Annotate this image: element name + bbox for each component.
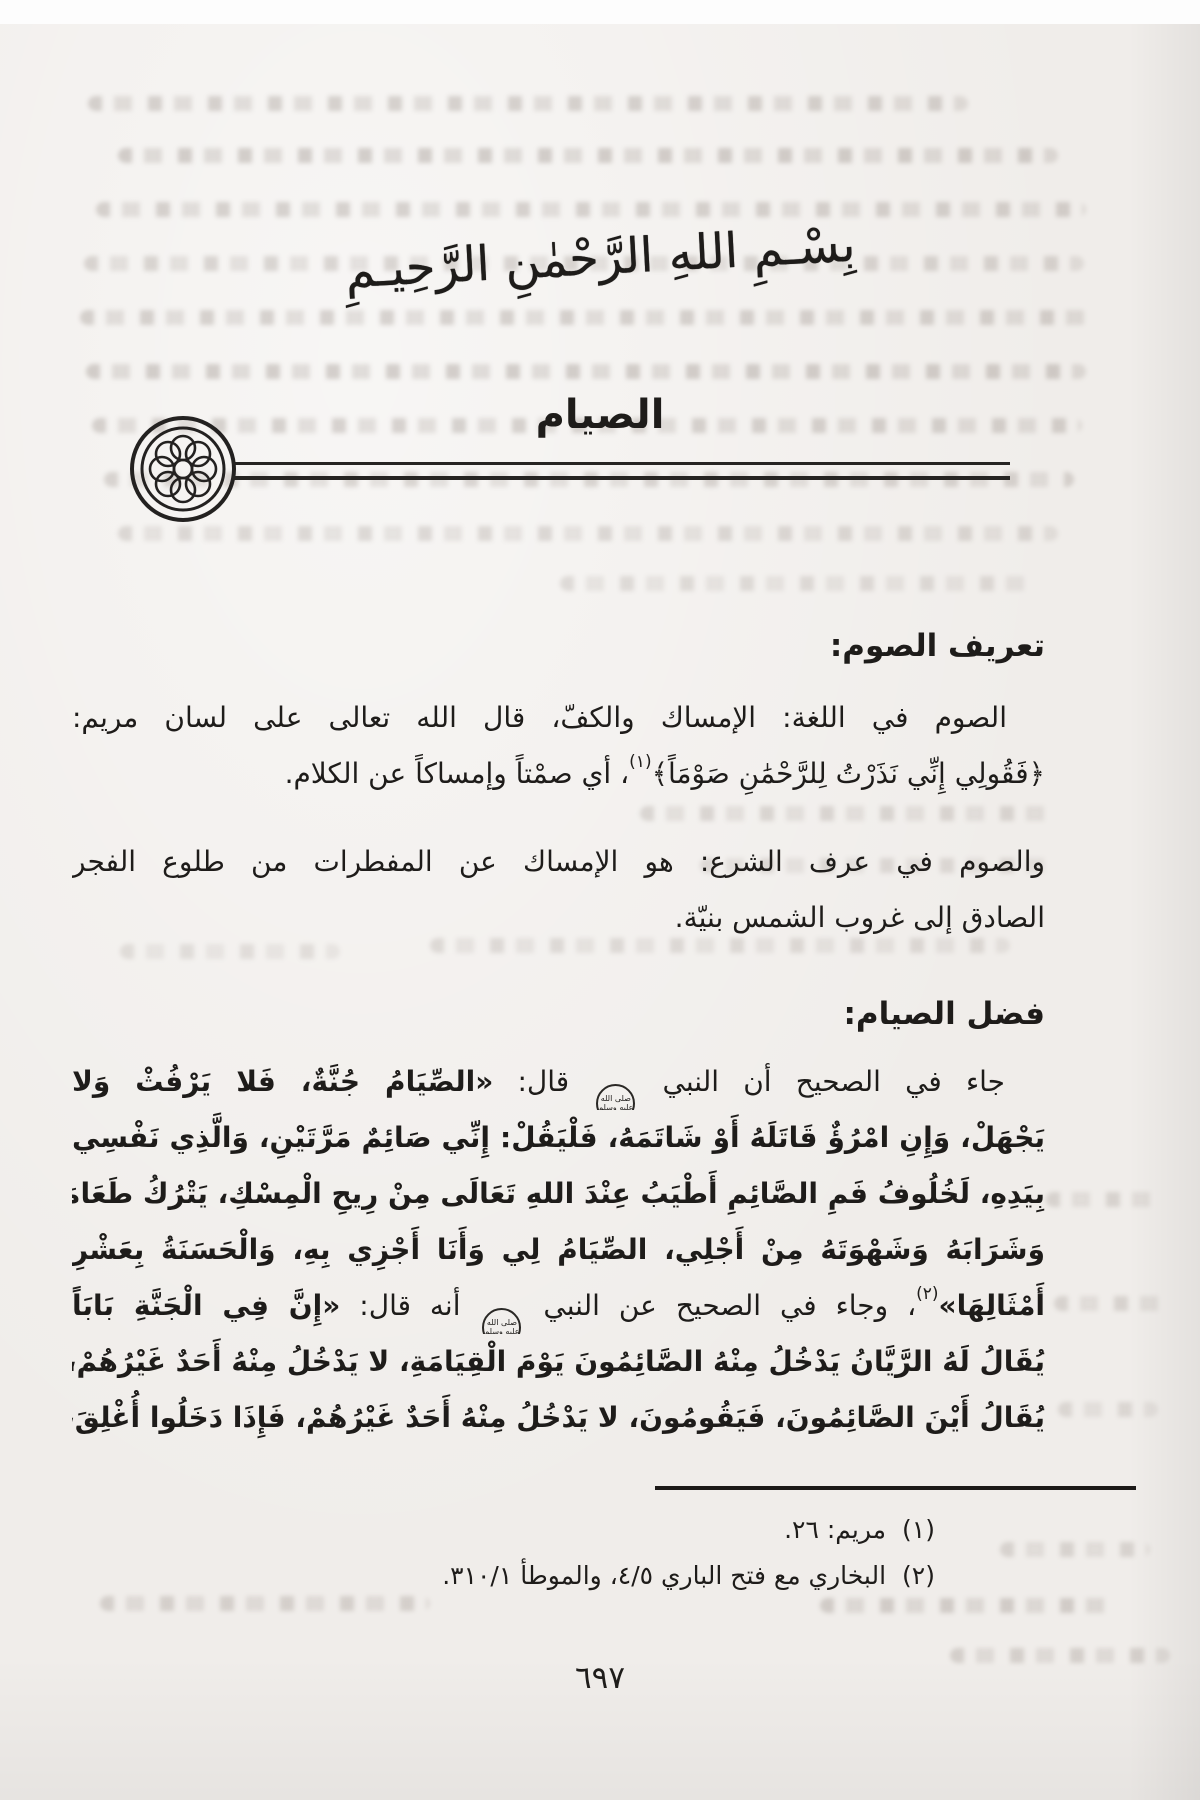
title-rule-top [232, 462, 1010, 465]
bleedthrough-ghost-line [118, 148, 1058, 163]
text-segment: ، أي صمْتاً وإمساكاً عن الكلام. [285, 757, 630, 790]
text-segment: والصوم في عرف الشرع: هو الإمساك عن المفط… [72, 845, 1045, 878]
text-segment: أَمْثَالِهَا» [939, 1289, 1045, 1322]
text-segment: يُقَالُ أَيْنَ الصَّائِمُونَ، فَيَقُومُو… [72, 1401, 1045, 1434]
basmala-text: بِسْـمِ اللهِ الرَّحْمٰنِ الرَّحِيـمِ [344, 217, 857, 300]
bleedthrough-ghost-line [1054, 1296, 1164, 1311]
footnote-ref: (١) [629, 752, 651, 772]
page-number: ٦٩٧ [0, 1660, 1200, 1696]
section-heading-virtue: فضل الصيام: [72, 994, 1045, 1034]
rosette-ornament [126, 412, 240, 526]
text-line: يَجْهَلْ، وَإِنِ امْرُؤٌ قَاتَلَهُ أَوْ … [72, 1110, 1045, 1166]
footnote-number: (٢) [902, 1561, 935, 1590]
bleedthrough-ghost-line [640, 806, 1060, 821]
text-line: بِيَدِهِ، لَخُلُوفُ فَمِ الصَّائِمِ أَطْ… [72, 1166, 1045, 1222]
bleedthrough-ghost-line [560, 576, 1030, 591]
scan-edge [0, 0, 1200, 24]
footnote-number: (١) [902, 1515, 935, 1544]
section-heading-definition: تعريف الصوم: [72, 626, 1045, 666]
bleedthrough-ghost-line [820, 1598, 1120, 1613]
text-segment: الصادق إلى غروب الشمس بنيّة. [675, 901, 1045, 934]
text-line: يُقَالُ لَهُ الرَّيَّانُ يَدْخُلُ مِنْهُ… [72, 1334, 1045, 1390]
hadith-paragraph: جاء في الصحيح أن النبي صلى اللهعليه وسلم… [72, 1054, 1045, 1446]
text-segment: «الصِّيَامُ جُنَّةٌ، فَلا يَرْفُثْ وَلا [72, 1065, 493, 1098]
text-line: ﴿فَقُولِي إِنِّي نَذَرْتُ لِلرَّحْمَٰنِ … [72, 746, 1045, 802]
footnote-text: مريم: ٢٦. [784, 1515, 886, 1544]
saw-ligature-badge: صلى اللهعليه وسلم [596, 1084, 635, 1110]
saw-ligature-badge: صلى اللهعليه وسلم [482, 1308, 521, 1334]
bleedthrough-ghost-line [88, 96, 968, 111]
footnote: (١)مريم: ٢٦. [784, 1510, 935, 1550]
bleedthrough-ghost-line [100, 1596, 430, 1611]
text-line: يُقَالُ أَيْنَ الصَّائِمُونَ، فَيَقُومُو… [72, 1390, 1045, 1446]
text-segment: جاء في الصحيح أن النبي [638, 1065, 1005, 1098]
bleedthrough-ghost-line [1000, 1542, 1150, 1557]
title-rule-bottom [232, 476, 1010, 480]
text-segment: وَشَرَابَهُ وَشَهْوَتَهُ مِنْ أَجْلِي، ا… [72, 1233, 1045, 1266]
text-segment: ، وجاء في الصحيح عن النبي [524, 1289, 916, 1322]
footnote: (٢)البخاري مع فتح الباري ٤/٥، والموطأ ٣١… [442, 1556, 935, 1596]
text-segment: يُقَالُ لَهُ الرَّيَّانُ يَدْخُلُ مِنْهُ… [72, 1345, 1045, 1378]
bleedthrough-ghost-line [120, 944, 340, 959]
footnote-separator [655, 1486, 1136, 1490]
text-segment: قال: [493, 1065, 593, 1098]
text-segment: بِيَدِهِ، لَخُلُوفُ فَمِ الصَّائِمِ أَطْ… [72, 1177, 1045, 1210]
footnote-text: البخاري مع فتح الباري ٤/٥، والموطأ ٣١٠/١… [442, 1561, 886, 1590]
text-line: جاء في الصحيح أن النبي صلى اللهعليه وسلم… [72, 1054, 1045, 1110]
text-segment: الصوم في اللغة: الإمساك والكفّ، قال الله… [72, 701, 1007, 734]
text-line: الصوم في اللغة: الإمساك والكفّ، قال الله… [72, 690, 1045, 746]
text-segment: يَجْهَلْ، وَإِنِ امْرُؤٌ قَاتَلَهُ أَوْ … [72, 1121, 1045, 1154]
text-line: أَمْثَالِهَا»(٢)، وجاء في الصحيح عن النب… [72, 1278, 1045, 1334]
paragraph-definition-sharia: والصوم في عرف الشرع: هو الإمساك عن المفط… [72, 834, 1045, 946]
bleedthrough-ghost-line [1046, 1192, 1166, 1207]
text-segment: «إِنَّ فِي الْجَنَّةِ بَابَاً [72, 1289, 340, 1322]
book-page: بِسْـمِ اللهِ الرَّحْمٰنِ الرَّحِيـمِ ال… [0, 0, 1200, 1800]
basmala-calligraphy: بِسْـمِ اللهِ الرَّحْمٰنِ الرَّحِيـمِ [0, 230, 1200, 380]
text-segment: ﴿فَقُولِي إِنِّي نَذَرْتُ لِلرَّحْمَٰنِ … [652, 757, 1045, 790]
text-line: والصوم في عرف الشرع: هو الإمساك عن المفط… [72, 834, 1045, 890]
text-segment: أنه قال: [340, 1289, 479, 1322]
footnote-ref: (٢) [916, 1284, 938, 1304]
bleedthrough-ghost-line [96, 202, 1086, 217]
bleedthrough-ghost-line [1058, 1402, 1158, 1417]
bleedthrough-ghost-line [118, 526, 1058, 541]
text-line: وَشَرَابَهُ وَشَهْوَتَهُ مِنْ أَجْلِي، ا… [72, 1222, 1045, 1278]
paragraph-definition-language: الصوم في اللغة: الإمساك والكفّ، قال الله… [72, 690, 1045, 802]
text-line: الصادق إلى غروب الشمس بنيّة. [72, 890, 1045, 946]
